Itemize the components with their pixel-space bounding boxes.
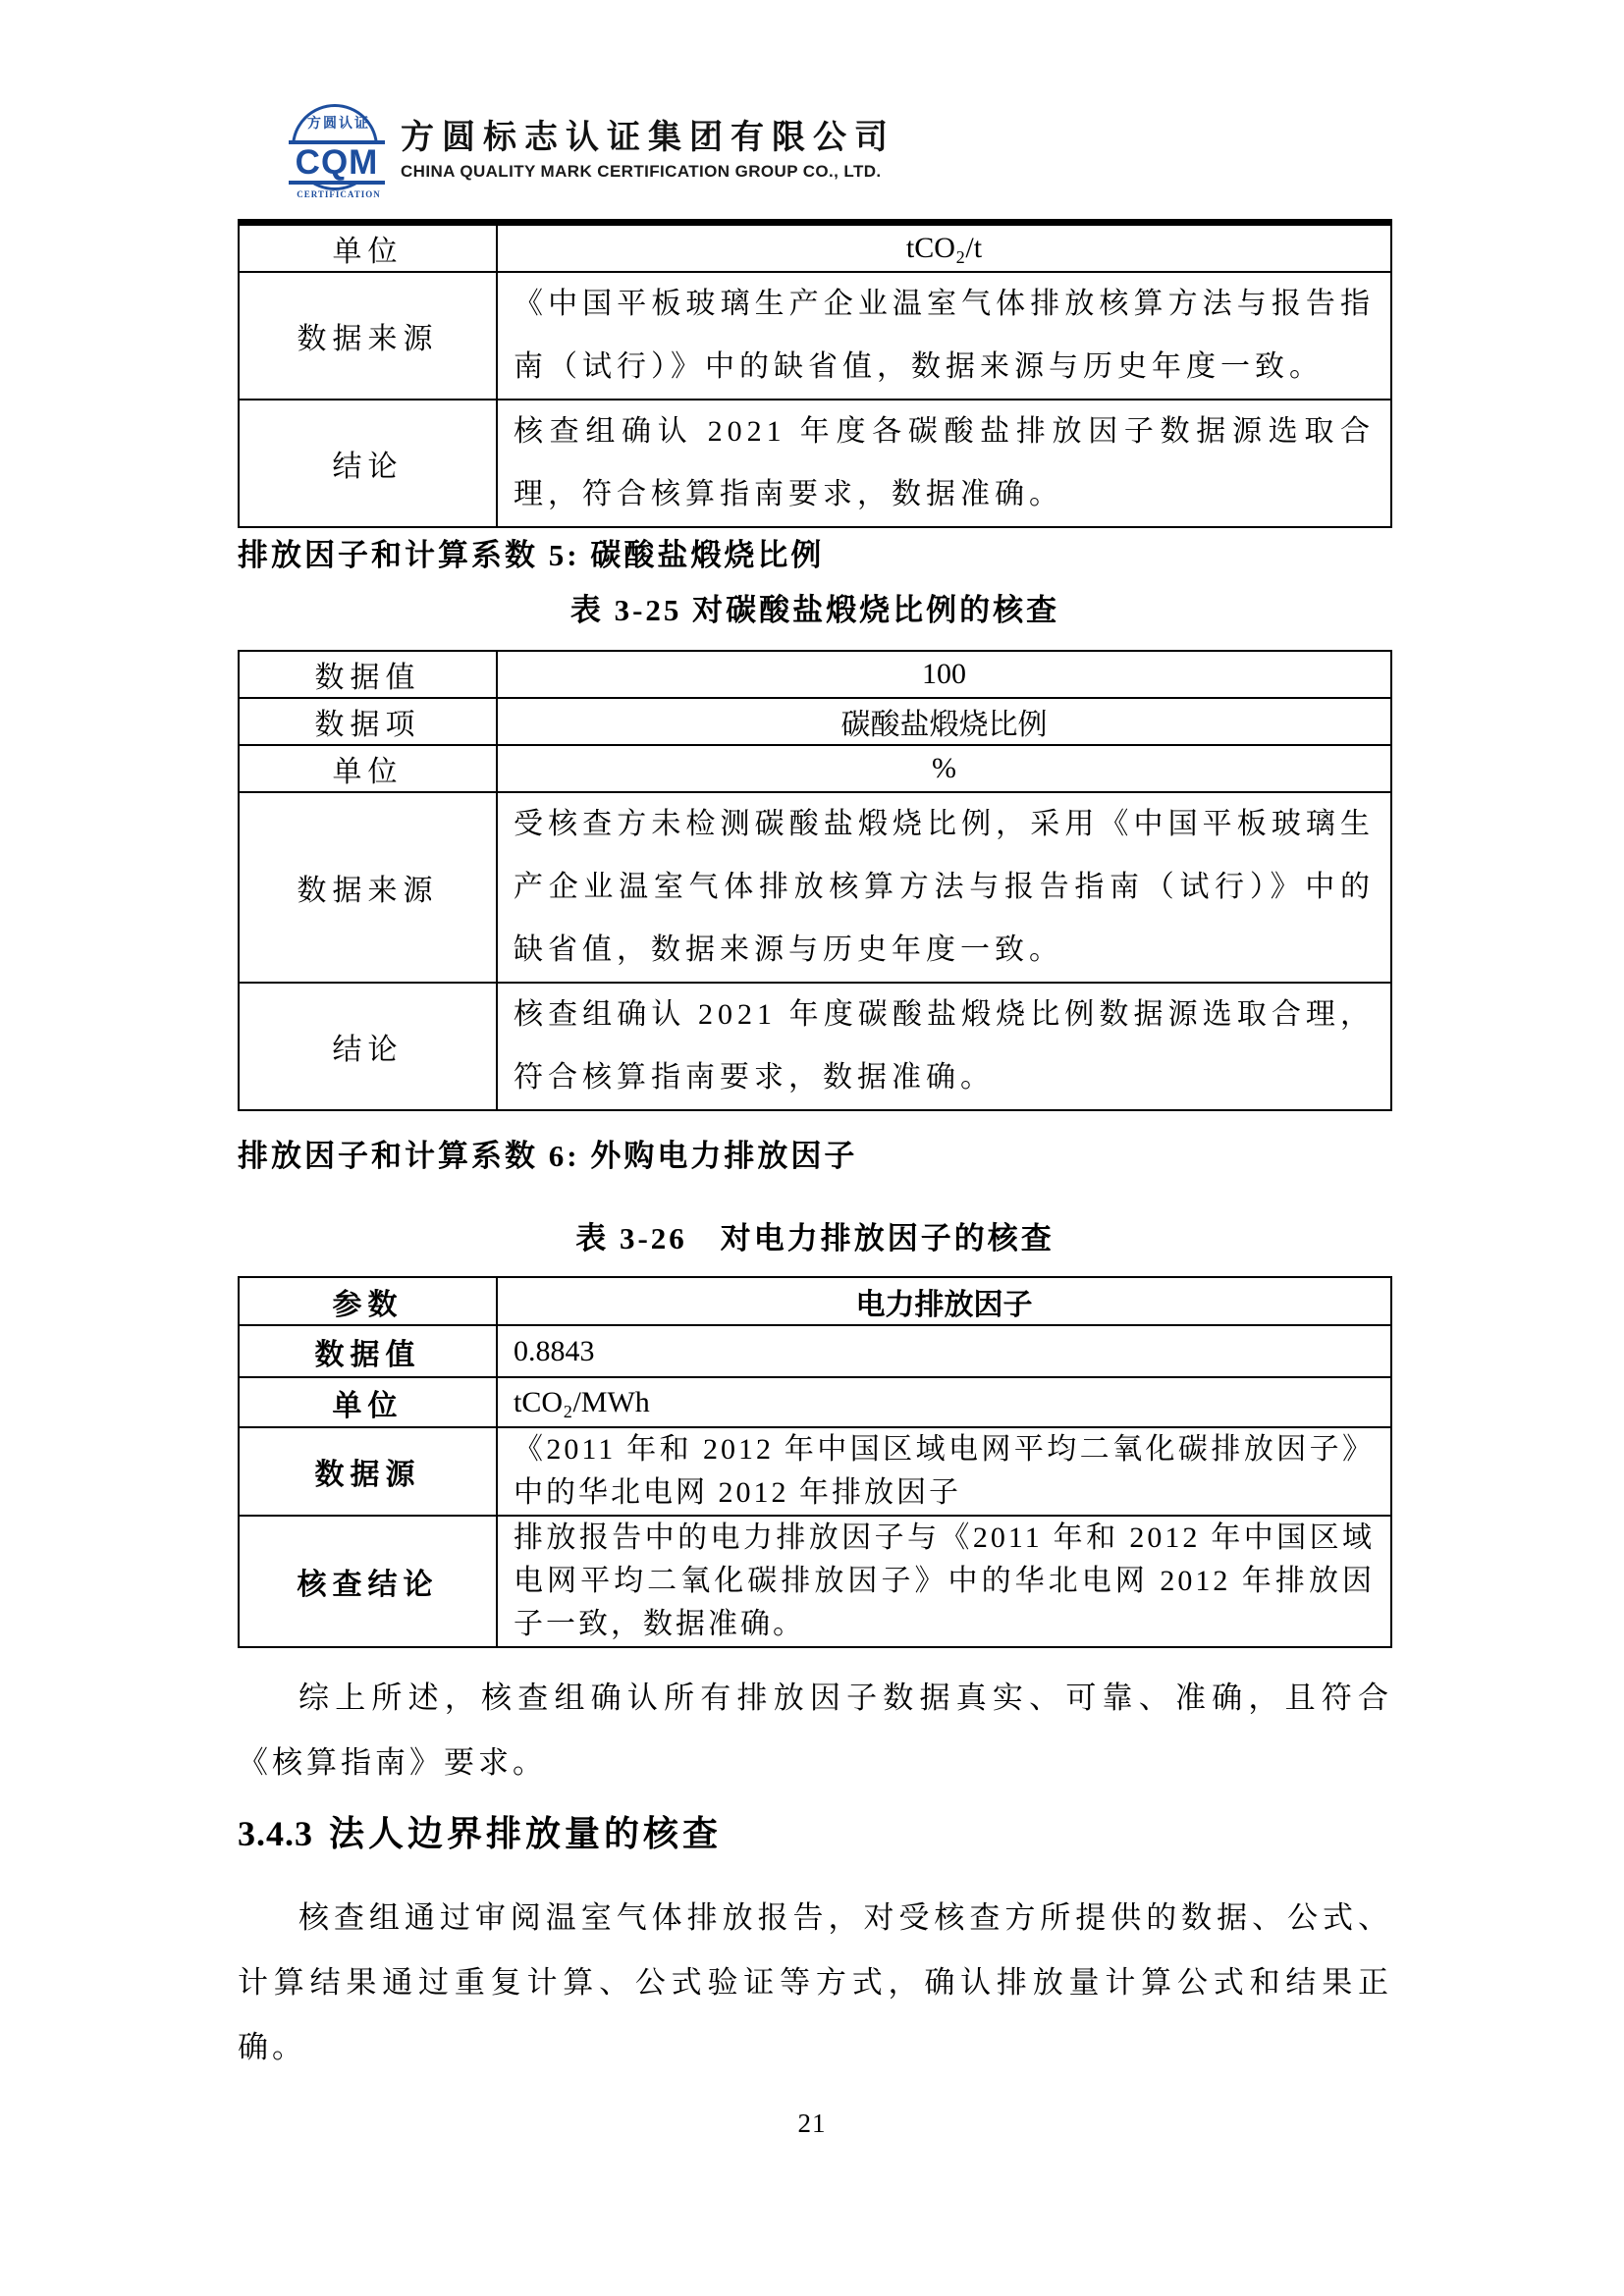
- row-value: 排放报告中的电力排放因子与《2011 年和 2012 年中国区域电网平均二氧化碳…: [497, 1516, 1391, 1647]
- heading-factor-6: 排放因子和计算系数 6: 外购电力排放因子: [238, 1135, 1392, 1178]
- cqm-logo-icon: 方圆认证 CQM CERTIFICATION: [289, 104, 389, 200]
- table-row: 数据值 0.8843: [239, 1325, 1391, 1377]
- table-row: 数据来源 受核查方未检测碳酸盐煅烧比例，采用《中国平板玻璃生产企业温室气体排放核…: [239, 792, 1391, 983]
- company-name-chinese: 方圆标志认证集团有限公司: [401, 118, 895, 159]
- table-row: 参数 电力排放因子: [239, 1277, 1391, 1325]
- page-number: 21: [0, 2109, 1624, 2139]
- section-number: 3.4.3: [238, 1814, 313, 1853]
- table-row: 核查结论 排放报告中的电力排放因子与《2011 年和 2012 年中国区域电网平…: [239, 1516, 1391, 1647]
- row-label: 核查结论: [239, 1516, 497, 1647]
- table-row: 结论 核查组确认 2021 年度各碳酸盐排放因子数据源选取合理，符合核算指南要求…: [239, 400, 1391, 527]
- company-names: 方圆标志认证集团有限公司 CHINA QUALITY MARK CERTIFIC…: [401, 104, 895, 182]
- row-label: 单位: [239, 1377, 497, 1427]
- row-label: 数据值: [239, 1325, 497, 1377]
- table-row: 结论 核查组确认 2021 年度碳酸盐煅烧比例数据源选取合理，符合核算指南要求，…: [239, 983, 1391, 1110]
- row-value: 100: [497, 651, 1391, 698]
- row-value: tCO₂/MWh: [497, 1377, 1391, 1427]
- row-label: 单位: [239, 223, 497, 273]
- row-label: 数据源: [239, 1427, 497, 1516]
- row-value: 0.8843: [497, 1325, 1391, 1377]
- row-value: 核查组确认 2021 年度各碳酸盐排放因子数据源选取合理，符合核算指南要求，数据…: [497, 400, 1391, 527]
- section-title: 法人边界排放量的核查: [329, 1814, 722, 1853]
- row-value: %: [497, 745, 1391, 792]
- row-label: 结论: [239, 983, 497, 1110]
- company-name-english: CHINA QUALITY MARK CERTIFICATION GROUP C…: [401, 162, 895, 182]
- heading-factor-5: 排放因子和计算系数 5: 碳酸盐煅烧比例: [238, 534, 1392, 577]
- table-row: 数据来源 《中国平板玻璃生产企业温室气体排放核算方法与报告指南（试行）》中的缺省…: [239, 272, 1391, 400]
- row-label: 参数: [239, 1277, 497, 1325]
- table-3-25-caption: 表 3-25 对碳酸盐煅烧比例的核查: [238, 589, 1392, 632]
- document-page: 方圆认证 CQM CERTIFICATION 方圆标志认证集团有限公司 CHIN…: [0, 0, 1624, 2296]
- table-row: 单位 tCO₂/MWh: [239, 1377, 1391, 1427]
- row-value: 碳酸盐煅烧比例: [497, 698, 1391, 745]
- table-row: 单位 %: [239, 745, 1391, 792]
- section-3-4-3-heading: 3.4.3法人边界排放量的核查: [238, 1809, 1392, 1858]
- table-row: 数据值 100: [239, 651, 1391, 698]
- row-label: 数据来源: [239, 792, 497, 983]
- logo-arc-top-text: 方圆认证: [289, 113, 389, 133]
- table-3-25: 数据值 100 数据项 碳酸盐煅烧比例 单位 % 数据来源 受核查方未检测碳酸盐…: [238, 650, 1392, 1111]
- table-3-26-caption: 表 3-26 对电力排放因子的核查: [238, 1217, 1392, 1260]
- table-row: 单位 tCO₂/t: [239, 223, 1391, 273]
- page-content: 单位 tCO₂/t 数据来源 《中国平板玻璃生产企业温室气体排放核算方法与报告指…: [238, 219, 1392, 2080]
- logo-arc-bottom-text: CERTIFICATION: [289, 189, 389, 199]
- row-label: 结论: [239, 400, 497, 527]
- row-label: 数据值: [239, 651, 497, 698]
- logo-cqm-text: CQM: [289, 140, 385, 185]
- row-value: tCO₂/t: [497, 223, 1391, 273]
- row-label: 数据来源: [239, 272, 497, 400]
- row-label: 单位: [239, 745, 497, 792]
- header: 方圆认证 CQM CERTIFICATION 方圆标志认证集团有限公司 CHIN…: [289, 104, 895, 200]
- row-value: 核查组确认 2021 年度碳酸盐煅烧比例数据源选取合理，符合核算指南要求，数据准…: [497, 983, 1391, 1110]
- body-paragraph: 核查组通过审阅温室气体排放报告，对受核查方所提供的数据、公式、计算结果通过重复计…: [238, 1886, 1392, 2080]
- table-row: 数据源 《2011 年和 2012 年中国区域电网平均二氧化碳排放因子》中的华北…: [239, 1427, 1391, 1516]
- table-row: 数据项 碳酸盐煅烧比例: [239, 698, 1391, 745]
- row-label: 数据项: [239, 698, 497, 745]
- row-value: 电力排放因子: [497, 1277, 1391, 1325]
- summary-paragraph: 综上所述，核查组确认所有排放因子数据真实、可靠、准确，且符合《核算指南》要求。: [238, 1666, 1392, 1795]
- row-value: 《中国平板玻璃生产企业温室气体排放核算方法与报告指南（试行）》中的缺省值，数据来…: [497, 272, 1391, 400]
- table-3-26: 参数 电力排放因子 数据值 0.8843 单位 tCO₂/MWh 数据源 《20…: [238, 1276, 1392, 1648]
- row-value: 《2011 年和 2012 年中国区域电网平均二氧化碳排放因子》中的华北电网 2…: [497, 1427, 1391, 1516]
- row-value: 受核查方未检测碳酸盐煅烧比例，采用《中国平板玻璃生产企业温室气体排放核算方法与报…: [497, 792, 1391, 983]
- table-carbonate-factor-continued: 单位 tCO₂/t 数据来源 《中国平板玻璃生产企业温室气体排放核算方法与报告指…: [238, 219, 1392, 528]
